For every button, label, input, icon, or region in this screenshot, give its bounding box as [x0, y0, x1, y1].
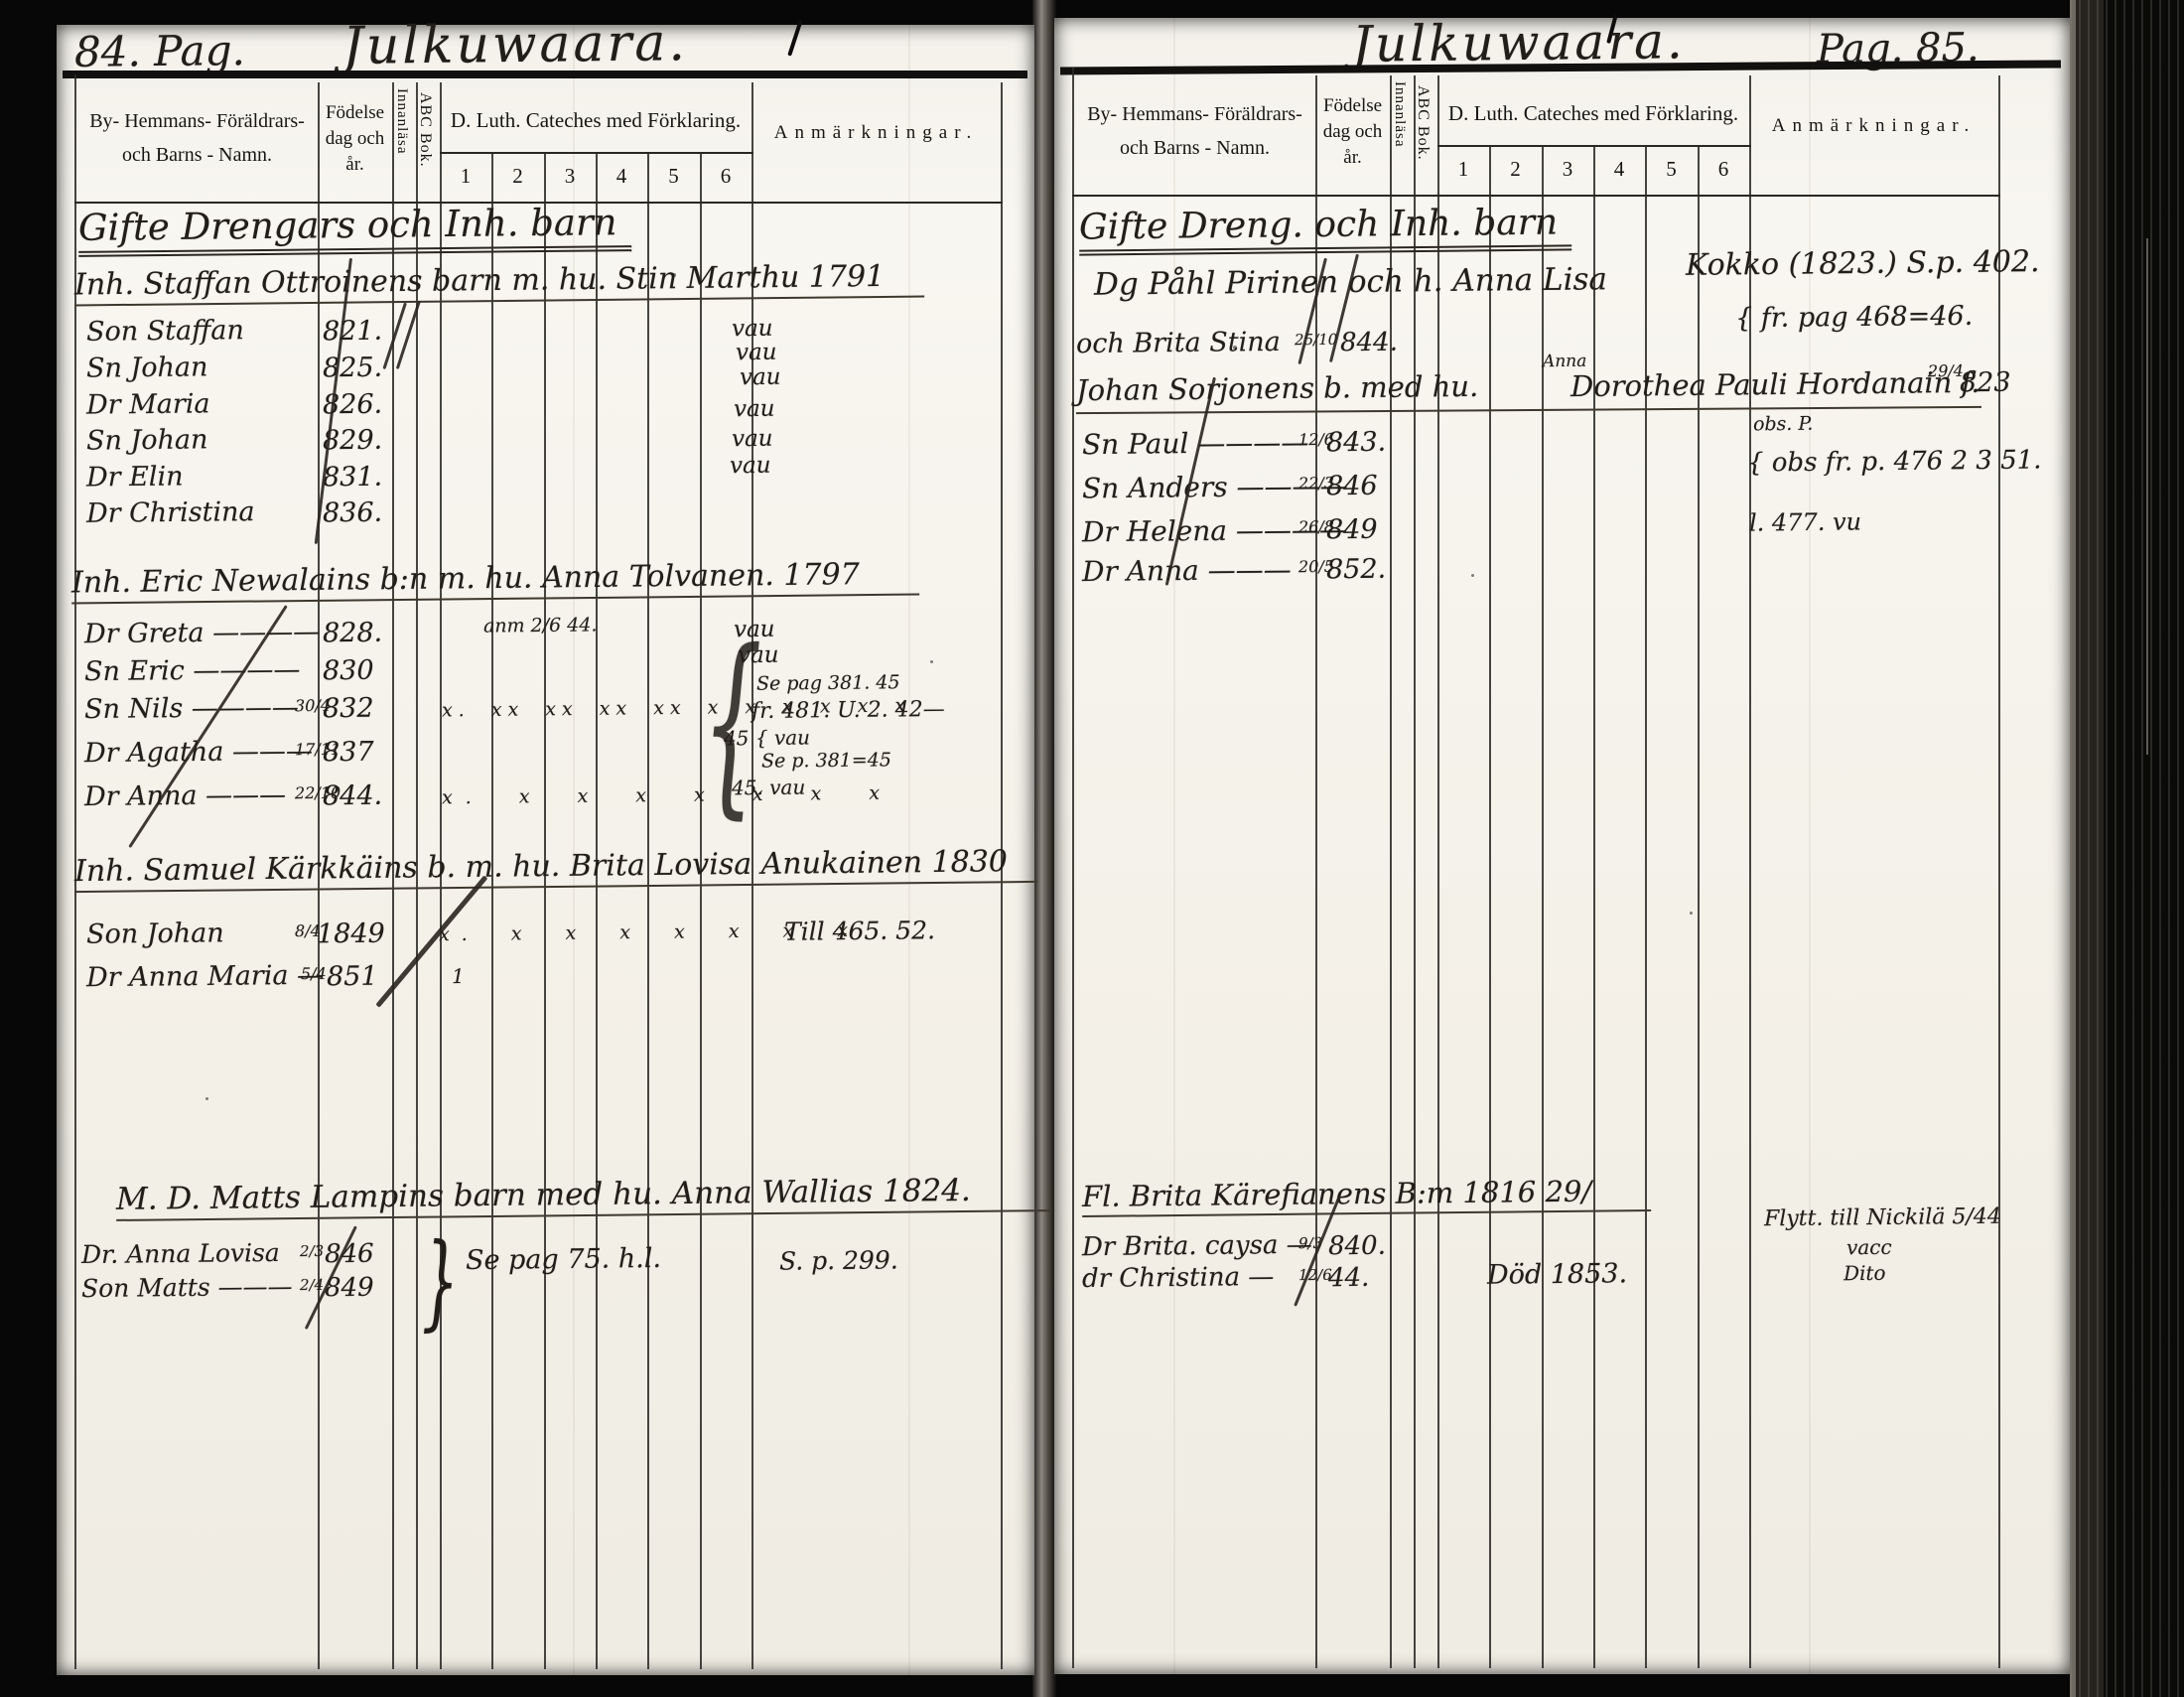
- cateches-col-3: 3: [544, 164, 596, 189]
- record-name: Dr Christina: [86, 496, 255, 529]
- record-name: Sn Eric ————: [84, 654, 301, 687]
- remark-note: vau: [730, 453, 771, 479]
- col-header-remarks: Anmärkningar.: [1749, 115, 1998, 137]
- page-number: 84. Pag.: [74, 26, 245, 76]
- record-birth-date: 5/4: [301, 964, 327, 983]
- remark-note: vau: [732, 426, 773, 452]
- grid-line: [700, 154, 702, 1669]
- cateches-col-6: 6: [1698, 157, 1749, 182]
- col-header-cateches: D. Luth. Cateches med Förklaring.: [440, 108, 751, 133]
- remark-note: { fr. pag 468=46.: [1735, 301, 1974, 335]
- place-title: Julkuwaara.: [342, 13, 688, 76]
- cateches-col-2: 2: [491, 164, 544, 189]
- record-name: Dr. Anna Lovisa: [81, 1238, 280, 1269]
- record-birth-year: 852.: [1326, 554, 1386, 586]
- record-birth-year: 44.: [1328, 1263, 1370, 1293]
- remark-note: fr. 481. U. 2. 42—: [751, 697, 945, 724]
- scan-right-edge: [2070, 0, 2184, 1697]
- grid-line: [1315, 75, 1317, 1668]
- remark-note: Flytt. till Nickilä 5/44: [1764, 1204, 2001, 1232]
- family-heading: Inh. Eric Newalains b:n m. hu. Anna Tolv…: [71, 557, 919, 605]
- record-birth-year: 828.: [323, 618, 382, 649]
- record-birth-year: 1849: [317, 919, 385, 950]
- remark-note: vau: [734, 396, 775, 422]
- record-birth-year: 823: [1960, 367, 2011, 399]
- record-name: Sn Nils ————: [84, 692, 299, 725]
- cateches-col-3: 3: [1542, 157, 1593, 182]
- col-header-name: By- Hemmans- Föräldrars-: [1074, 103, 1315, 126]
- remark-note: Dito: [1843, 1261, 1886, 1285]
- scan-speck: [930, 660, 933, 663]
- record-birth-year: 844.: [323, 780, 382, 812]
- record-birth-year: 840.: [1328, 1231, 1386, 1262]
- col-header-name-2: och Barns - Namn.: [76, 144, 318, 167]
- grid-line: [1542, 147, 1544, 1668]
- record-name: Son Staffan: [86, 315, 244, 348]
- col-header-abc-bok: ABC Bok.: [1414, 85, 1432, 193]
- page-reference-note: Se pag 75. h.l.: [466, 1243, 661, 1276]
- record-name: Dr Anna Maria —: [86, 960, 324, 994]
- grid-line: [1072, 68, 1074, 1668]
- cateches-col-4: 4: [596, 164, 647, 189]
- grid-line: [1437, 75, 1439, 1668]
- col-header-birth: Födelse: [1315, 95, 1390, 117]
- section-heading: Gifte Dreng. och Inh. barn: [1079, 202, 1572, 255]
- section-heading: Gifte Drengars och Inh. barn: [78, 201, 631, 257]
- cateches-col-5: 5: [1645, 157, 1698, 182]
- col-header-name: By- Hemmans- Föräldrars-: [76, 110, 318, 133]
- record-birth-year: 821.: [323, 316, 382, 348]
- record-birth-year: 837: [323, 737, 374, 769]
- family-surname: Kokko (1823.) S.p. 402.: [1686, 244, 2040, 283]
- remark-note: S. p. 299.: [779, 1245, 898, 1275]
- family-heading: Fl. Brita Kärefianens B:m 1816 29/: [1082, 1174, 1652, 1217]
- cateches-marks: x. x x x x x x x: [442, 782, 892, 809]
- col-header-birth-2: dag och: [1315, 121, 1390, 143]
- record-birth-date: 2/4: [300, 1276, 324, 1294]
- grid-line: [647, 154, 649, 1669]
- record-birth-year: 830: [323, 655, 374, 687]
- family-heading-cont: Dorothea Pauli Hordanain f.: [1570, 365, 1980, 403]
- col-header-innanlasa: Innanläsa: [1391, 81, 1408, 193]
- record-birth-year: 825.: [323, 353, 382, 384]
- grid-line: [491, 154, 493, 1669]
- record-name: Sn Johan: [86, 424, 208, 456]
- record-birth-year: 846: [1326, 471, 1378, 502]
- col-header-birth-2: dag och: [318, 128, 392, 150]
- col-header-abc-bok: ABC Bok.: [416, 92, 434, 200]
- col-header-cateches: D. Luth. Cateches med Förklaring.: [1437, 101, 1749, 126]
- col-header-birth-3: år.: [1315, 147, 1390, 169]
- scan-speck: [205, 1097, 208, 1100]
- record-birth-year: 836.: [323, 497, 382, 529]
- family-heading: Inh. Staffan Ottroinens barn m. hu. Stin…: [74, 259, 925, 307]
- cateches-underline: [1437, 145, 1751, 147]
- family-heading: Inh. Samuel Kärkkäins b. m. hu. Brita Lo…: [74, 844, 1037, 893]
- record-name: Sn Johan: [86, 352, 208, 383]
- right-page: Julkuwaara. Pag. 85. By- Hemmans- Föräld…: [1054, 18, 2070, 1674]
- record-birth-year: 846: [325, 1239, 374, 1270]
- record-birth-year: 851: [327, 961, 378, 993]
- grid-line: [1998, 75, 2000, 1668]
- cateches-marks: 1: [452, 964, 465, 988]
- remark-note: { obs fr. p. 476 2 3 51.: [1747, 445, 2042, 478]
- cateches-col-1: 1: [440, 164, 491, 189]
- grid-line: [544, 154, 546, 1669]
- remark-note: Se p. 381=45: [761, 749, 891, 772]
- record-birth-year: 831.: [323, 462, 382, 494]
- record-name: Dr Elin: [86, 461, 184, 493]
- scan-speck: [1690, 912, 1693, 915]
- death-note: Död 1853.: [1487, 1258, 1627, 1290]
- remark-note: vau: [740, 364, 781, 390]
- record-name: Dr Anna ———: [84, 779, 286, 812]
- col-header-innanlasa: Innanläsa: [393, 88, 410, 200]
- strike-mark: [382, 303, 406, 370]
- record-name: Dr Maria: [86, 388, 210, 420]
- grid-line: [1414, 75, 1416, 1668]
- family-heading-2: och Brita Stina: [1076, 327, 1281, 359]
- cateches-col-2: 2: [1489, 157, 1542, 182]
- record-birth-year: 844.: [1340, 328, 1398, 358]
- scan-speck: [672, 273, 676, 277]
- header-bottom-rule: [1072, 195, 2000, 197]
- record-birth-date: 25/10: [1295, 331, 1337, 349]
- record-name: Son Matts ———: [81, 1272, 293, 1303]
- record-name: Dr Anna ———: [1082, 553, 1292, 588]
- remark-note: obs. P.: [1753, 413, 1814, 436]
- remark-note: vau: [734, 617, 775, 642]
- cateches-col-4: 4: [1593, 157, 1645, 182]
- grid-line: [596, 154, 598, 1669]
- record-birth-year: 843.: [1326, 427, 1386, 459]
- scan-scratch: [2146, 238, 2148, 755]
- cateches-col-1: 1: [1437, 157, 1489, 182]
- ink-flourish: [787, 19, 803, 56]
- scan-speck: [1471, 574, 1474, 577]
- record-name: dr Christina —: [1082, 1262, 1275, 1294]
- remark-note: vacc: [1846, 1235, 1892, 1259]
- family-heading: Johan Sorjonens b. med hu.: [1076, 369, 1479, 407]
- remark-note: l. 477. vu: [1749, 507, 1861, 536]
- left-page: 84. Pag. Julkuwaara. By- Hemmans- Föräld…: [57, 25, 1034, 1675]
- record-name: Dr Greta ————: [84, 617, 320, 649]
- remark-note: Till 465. 52.: [784, 916, 935, 946]
- grid-line: [1390, 75, 1392, 1668]
- remark-note: vau: [738, 642, 779, 668]
- remark-note: 45. vau: [732, 776, 806, 800]
- record-name: Dr Brita. caysa —: [1082, 1230, 1312, 1262]
- family-underline: [1076, 406, 1981, 414]
- col-header-remarks: Anmärkningar.: [751, 122, 1001, 144]
- col-header-birth: Födelse: [318, 102, 392, 124]
- record-birth-year: 829.: [323, 425, 382, 457]
- grid-line: [1489, 147, 1491, 1668]
- note-brace: }: [422, 1220, 459, 1342]
- remark-note: Se pag 381. 45: [756, 671, 900, 695]
- record-birth-date: 2/3: [300, 1242, 324, 1260]
- col-header-birth-3: år.: [318, 154, 392, 176]
- remark-note: vau: [736, 340, 777, 365]
- record-birth-year: 849: [1326, 514, 1378, 546]
- record-birth-year: 832: [323, 693, 374, 725]
- cateches-col-6: 6: [700, 164, 751, 189]
- remark-note: vau: [732, 316, 773, 342]
- cateches-col-5: 5: [647, 164, 700, 189]
- cateches-note: anm 2/6 44.: [483, 614, 598, 636]
- record-name: Son Johan: [86, 918, 224, 949]
- cateches-underline: [440, 152, 753, 154]
- remark-note: 45 { vau: [724, 726, 810, 751]
- scan-stage: 84. Pag. Julkuwaara. By- Hemmans- Föräld…: [0, 0, 2184, 1697]
- title-rule: [63, 71, 1027, 78]
- col-header-name-2: och Barns - Namn.: [1074, 137, 1315, 160]
- scan-speck: [1233, 346, 1237, 350]
- record-birth-date: 29/4: [1928, 361, 1964, 380]
